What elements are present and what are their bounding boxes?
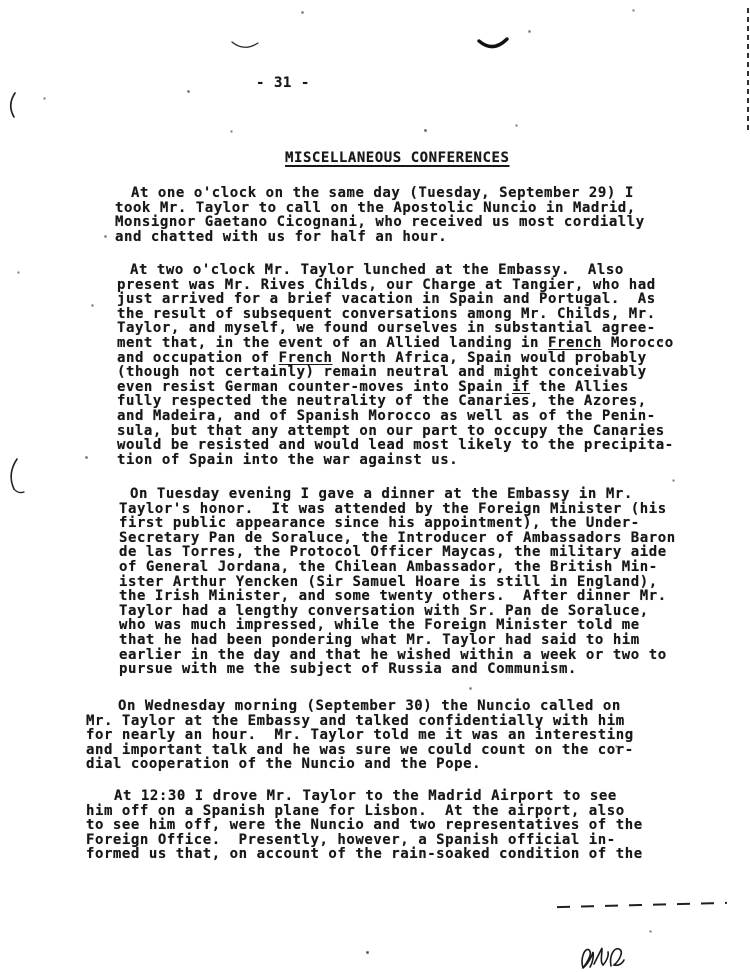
text-line: took Mr. Taylor to call on the Apostolic…: [115, 201, 645, 216]
text-line: him off on a Spanish plane for Lisbon. A…: [86, 804, 643, 819]
text-line: sula, but that any attempt on our part t…: [117, 424, 674, 439]
text-line: present was Mr. Rives Childs, our Charge…: [117, 278, 674, 293]
text-line: Monsignor Gaetano Cicognani, who receive…: [115, 215, 645, 230]
text-line: At one o'clock on the same day (Tuesday,…: [115, 186, 645, 201]
paragraph-embassy-lunch: At two o'clock Mr. Taylor lunched at the…: [117, 263, 674, 467]
paragraph-nuncio-call: At one o'clock on the same day (Tuesday,…: [115, 186, 645, 244]
page-title: MISCELLANEOUS CONFERENCES: [285, 151, 509, 166]
scan-noise-specks: [0, 0, 1, 1]
text-line: Taylor, and myself, we found ourselves i…: [117, 321, 674, 336]
paragraph-airport-departure: At 12:30 I drove Mr. Taylor to the Madri…: [86, 789, 643, 862]
right-edge-perforation-dashes: [747, 8, 749, 134]
pen-check-mark-left: [230, 38, 260, 52]
text-line: formed us that, on account of the rain-s…: [86, 847, 643, 862]
text-line: first public appearance since his appoin…: [119, 516, 676, 531]
text-line: de las Torres, the Protocol Officer Mayc…: [119, 545, 676, 560]
text-line: that he had been pondering what Mr. Tayl…: [119, 633, 676, 648]
paragraph-embassy-dinner: On Tuesday evening I gave a dinner at th…: [119, 487, 676, 677]
scanned-document-page: - 31 - MISCELLANEOUS CONFERENCES At one …: [0, 0, 750, 972]
text-line: ister Arthur Yencken (Sir Samuel Hoare i…: [119, 575, 676, 590]
text-line: would be resisted and would lead most li…: [117, 438, 674, 453]
text-line: for nearly an hour. Mr. Taylor told me i…: [86, 728, 634, 743]
text-line: dial cooperation of the Nuncio and the P…: [86, 757, 634, 772]
text-line: (though not certainly) remain neutral an…: [117, 365, 674, 380]
text-line: and Madeira, and of Spanish Morocco as w…: [117, 409, 674, 424]
text-line: On Tuesday evening I gave a dinner at th…: [119, 487, 676, 502]
margin-paren-mark-bottom: [4, 456, 26, 498]
text-line: to see him off, were the Nuncio and two …: [86, 818, 643, 833]
text-line: earlier in the day and that he wished wi…: [119, 648, 676, 663]
text-line: pursue with me the subject of Russia and…: [119, 662, 676, 677]
text-line: ment that, in the event of an Allied lan…: [117, 336, 674, 351]
text-line: and occupation of French North Africa, S…: [117, 351, 674, 366]
paragraph-nuncio-visit: On Wednesday morning (September 30) the …: [86, 699, 634, 772]
text-line: At 12:30 I drove Mr. Taylor to the Madri…: [86, 789, 643, 804]
text-line: Mr. Taylor at the Embassy and talked con…: [86, 714, 634, 729]
text-line: the Irish Minister, and some twenty othe…: [119, 589, 676, 604]
handwritten-initials: [578, 944, 628, 972]
text-line: just arrived for a brief vacation in Spa…: [117, 292, 674, 307]
page-number: - 31 -: [256, 76, 310, 91]
text-line: Taylor's honor. It was attended by the F…: [119, 502, 676, 517]
text-line: fully respected the neutrality of the Ca…: [117, 394, 674, 409]
pen-check-mark-right: [476, 35, 510, 53]
bottom-dashed-line: [557, 902, 727, 908]
text-line: tion of Spain into the war against us.: [117, 453, 674, 468]
text-line: On Wednesday morning (September 30) the …: [86, 699, 634, 714]
text-line: who was much impressed, while the Foreig…: [119, 618, 676, 633]
text-line: At two o'clock Mr. Taylor lunched at the…: [117, 263, 674, 278]
text-line: of General Jordana, the Chilean Ambassad…: [119, 560, 676, 575]
text-line: and chatted with us for half an hour.: [115, 230, 645, 245]
margin-paren-mark-top: [4, 90, 20, 120]
